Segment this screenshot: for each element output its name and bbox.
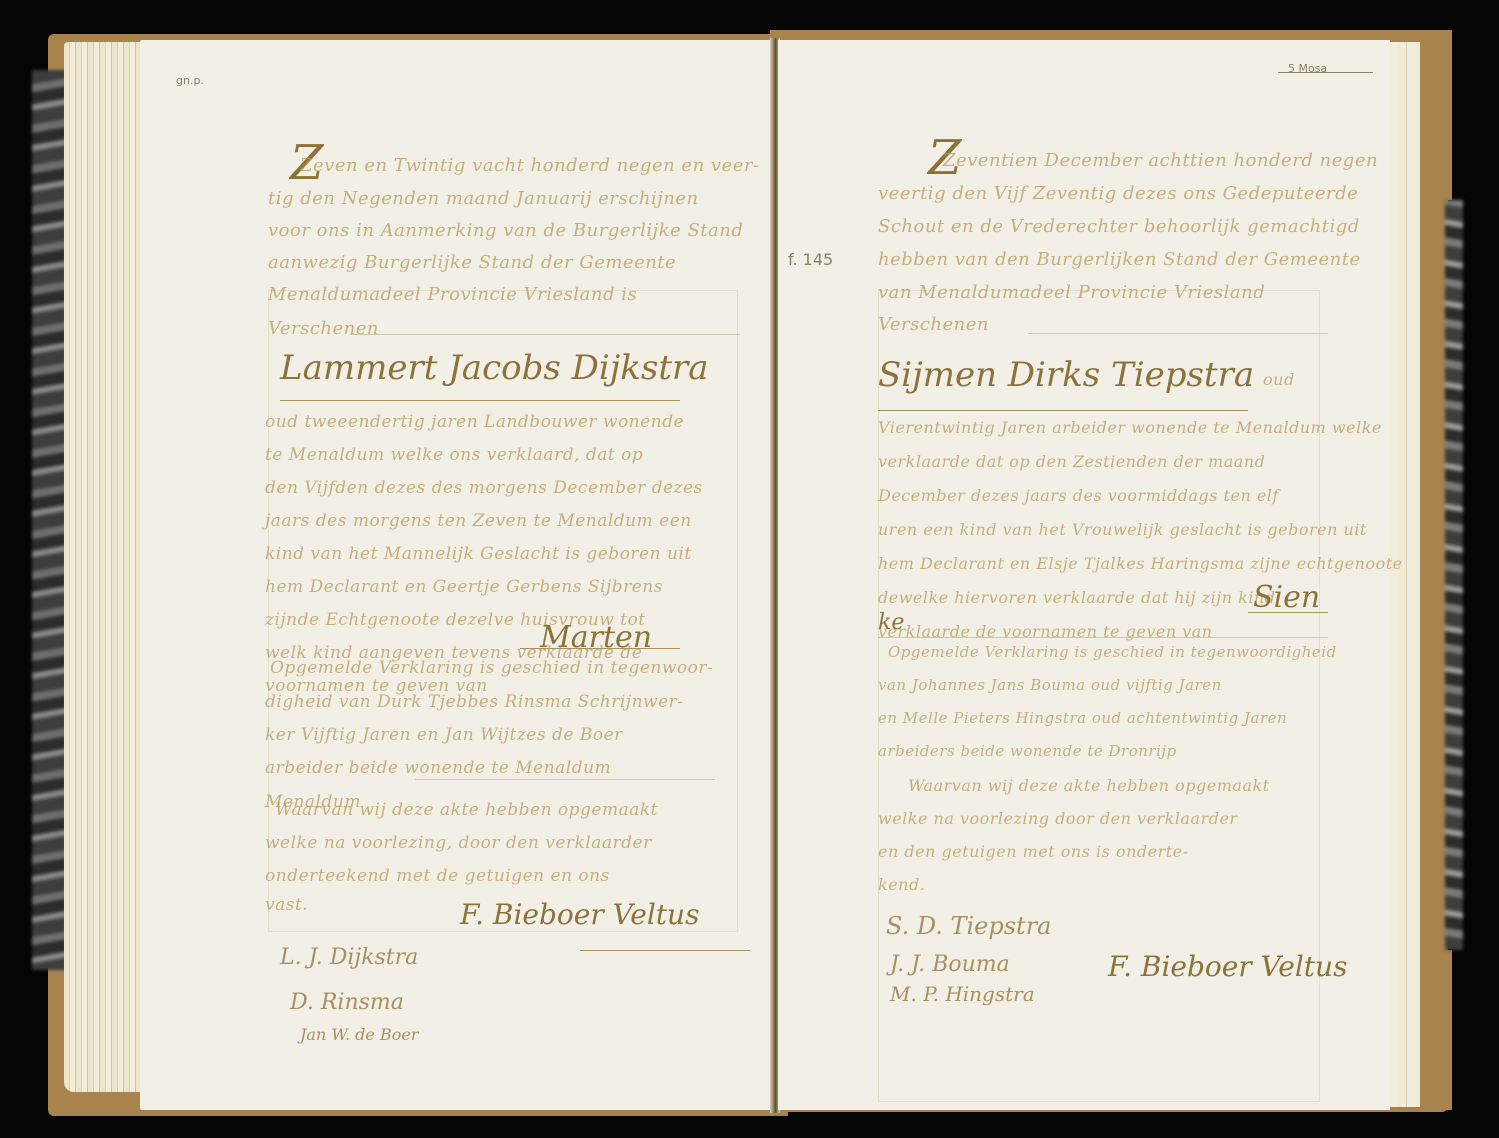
signature-witness-1: D. Rinsma [290, 990, 404, 1015]
child-name-continuation: ke [878, 610, 904, 635]
official-signature: F. Bieboer Veltus [460, 898, 699, 931]
signature-flourish [580, 950, 750, 951]
divider [1028, 333, 1328, 334]
divider [415, 779, 715, 780]
corner-note-underline [1278, 72, 1373, 73]
left-page: gn.p. Z Zeven en Twintig vacht honderd n… [140, 40, 772, 1110]
signature-father: S. D. Tiepstra [886, 912, 1051, 940]
signature-father: L. J. Dijkstra [280, 945, 418, 970]
name-underline [280, 400, 680, 401]
signature-witness-1: J. J. Bouma [890, 952, 1010, 977]
marbled-cover-left [32, 70, 66, 970]
name-underline [878, 410, 1248, 411]
signature-witness-2: M. P. Hingstra [890, 982, 1035, 1006]
official-signature: F. Bieboer Veltus [1108, 950, 1347, 983]
subject-name: Sijmen Dirks Tiepstra [878, 355, 1254, 395]
child-name-underline [1248, 612, 1328, 613]
divider [350, 334, 740, 335]
divider [878, 637, 1328, 638]
child-name: Sien [1253, 580, 1320, 615]
right-page: 5 Mosa f. 145 Z Zeventien December achtt… [778, 40, 1390, 1110]
marbled-cover-right [1445, 200, 1463, 950]
child-name: Marten [540, 620, 652, 655]
child-name-underline [520, 648, 680, 649]
subject-age-prefix: oud [1263, 370, 1295, 389]
corner-note: 5 Mosa [1288, 62, 1327, 75]
marginal-folio-note: f. 145 [788, 250, 833, 269]
signature-witness-2: Jan W. de Boer [300, 1025, 418, 1044]
corner-note: gn.p. [176, 74, 204, 87]
subject-name: Lammert Jacobs Dijkstra [280, 348, 709, 388]
